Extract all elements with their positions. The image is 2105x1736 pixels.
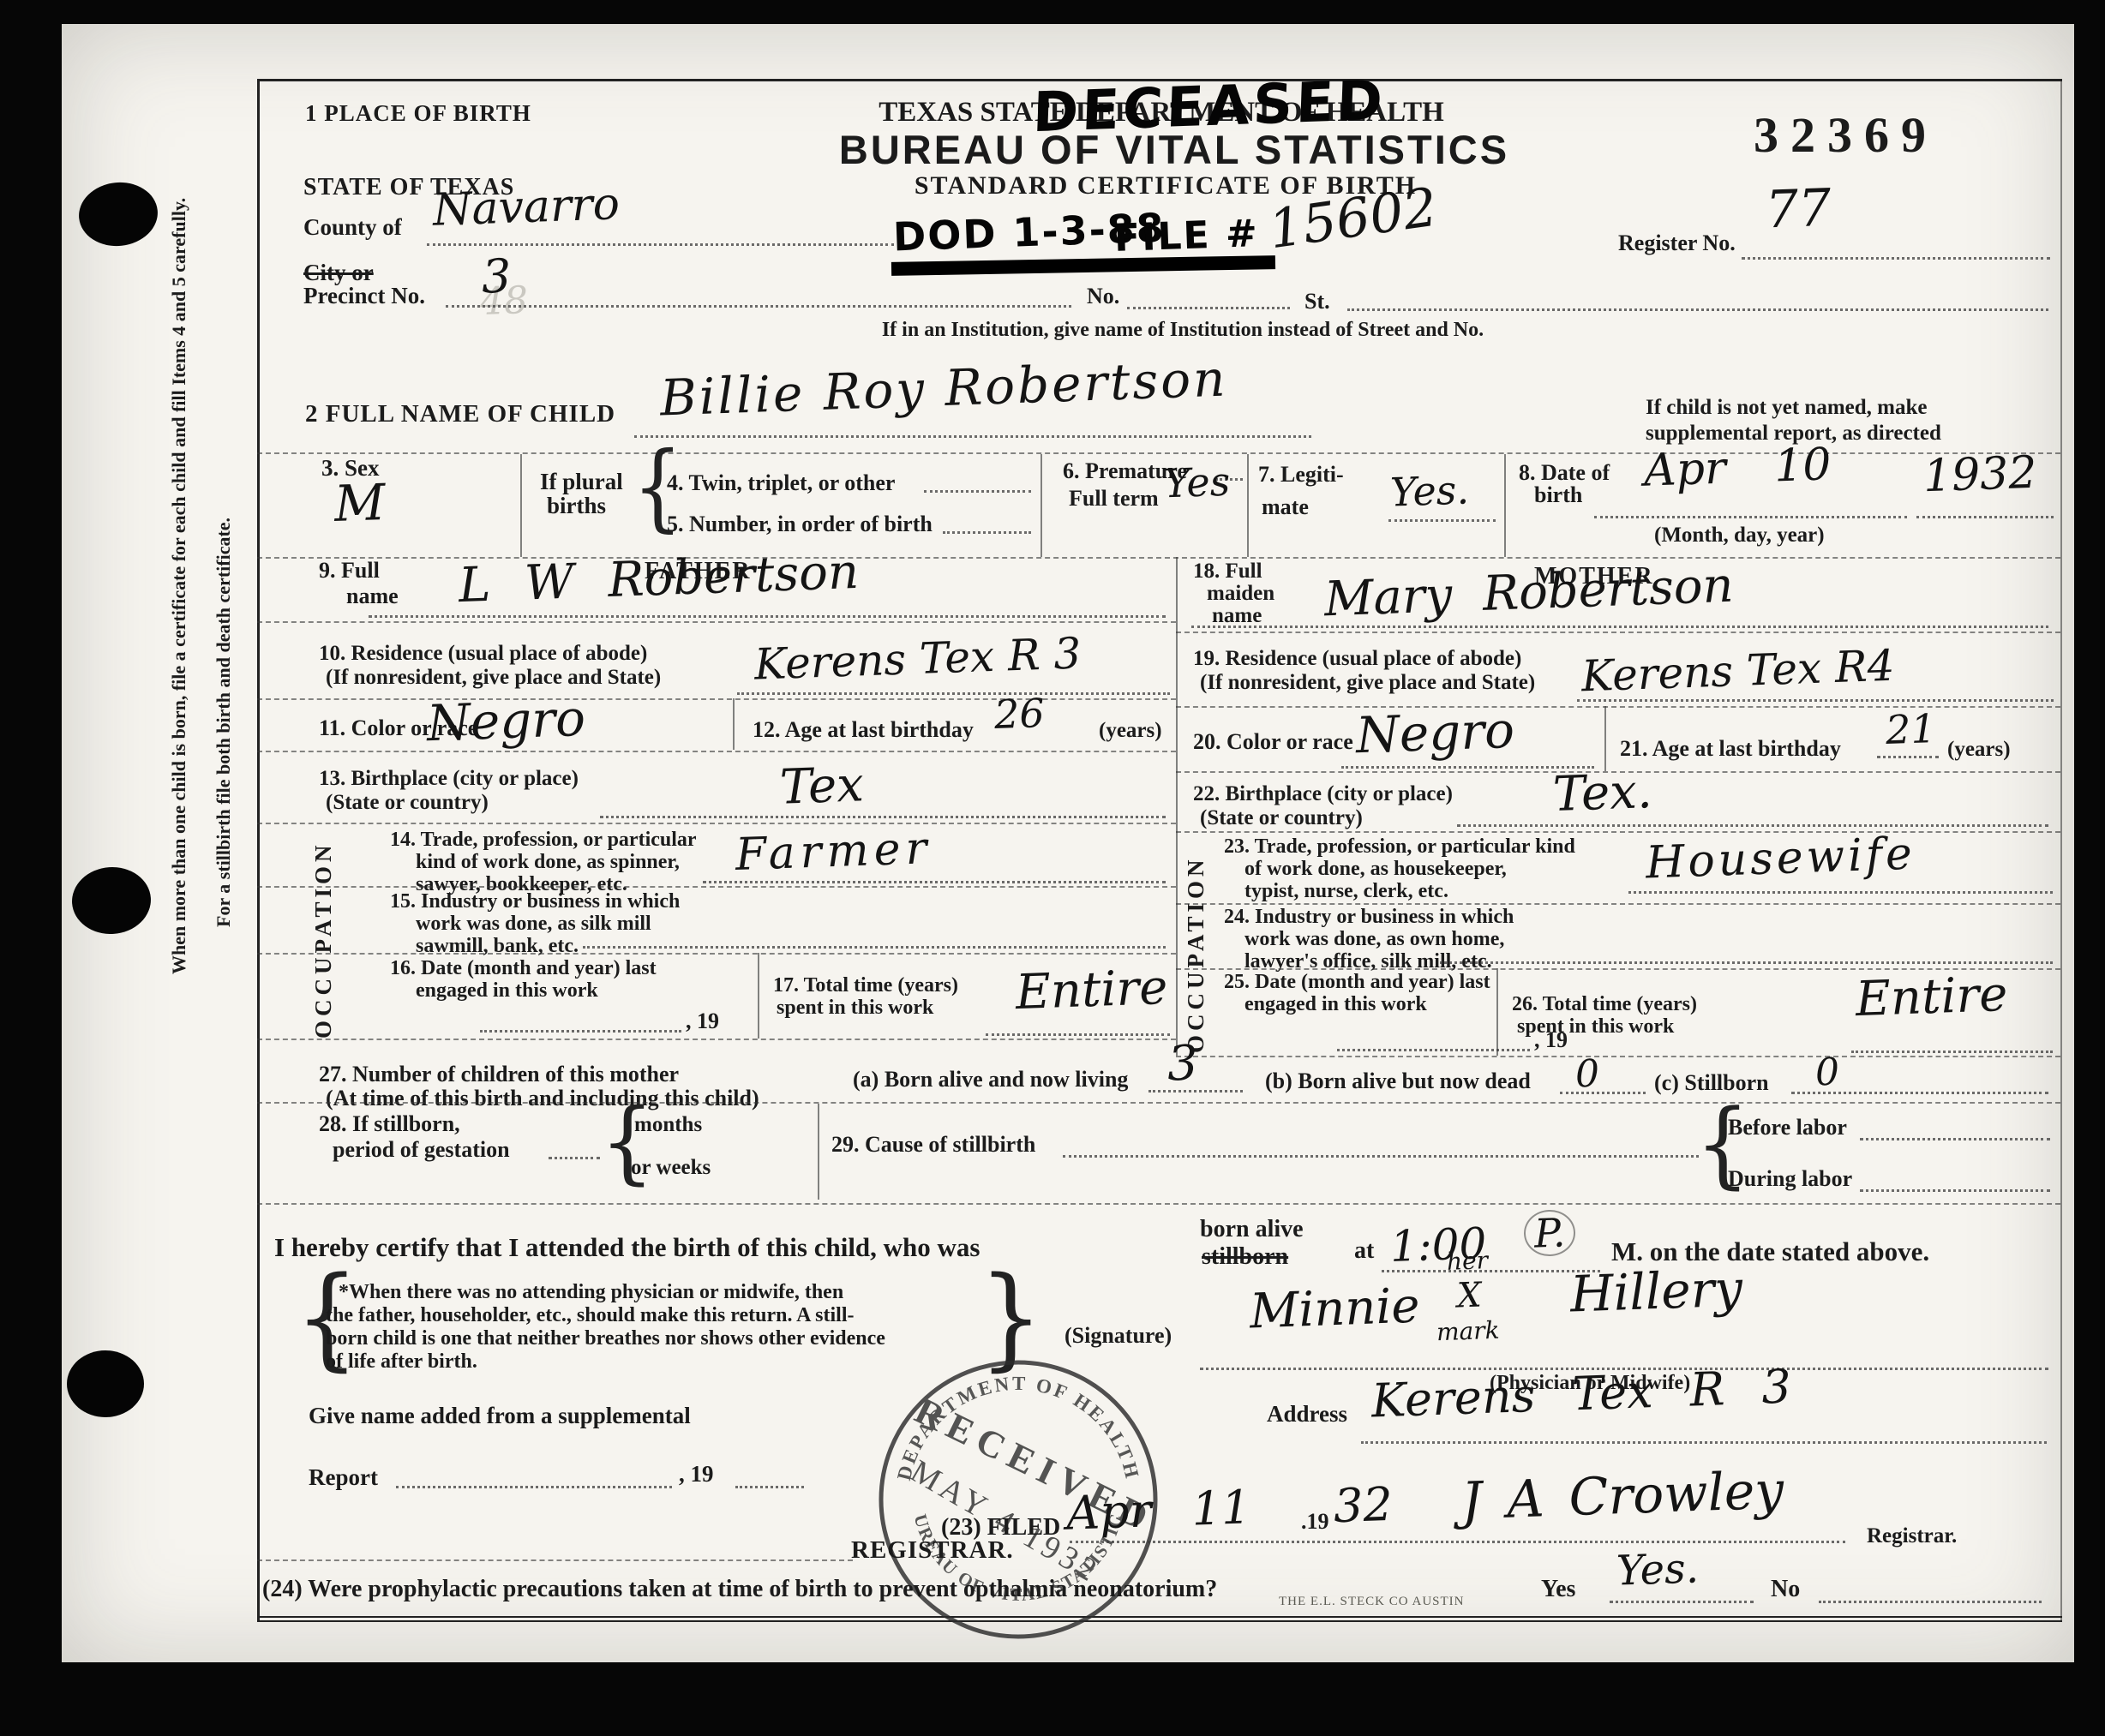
gestation-label-2: period of gestation	[333, 1138, 510, 1161]
mother-age-units: (years)	[1947, 739, 2011, 761]
mother-trade-label-1: 23. Trade, profession, or particular kin…	[1224, 836, 1575, 858]
dob-year-fill-line	[1916, 516, 2054, 518]
stillborn-option-label: stillborn	[1202, 1244, 1288, 1269]
mother-name-label-3: name	[1212, 605, 1262, 627]
precinct-label: Precinct No.	[303, 284, 425, 308]
rule-under-29	[257, 1203, 2060, 1205]
father-industry-fill	[583, 946, 1166, 949]
before-labor-fill	[1860, 1138, 2050, 1140]
signature-mark-top: her	[1447, 1248, 1489, 1274]
dob-month-day-value: Apr 10	[1643, 442, 1832, 494]
father-lastdate-year: , 19	[686, 1009, 719, 1033]
q24-no-label: No	[1771, 1577, 1800, 1601]
during-labor-fill	[1860, 1189, 2050, 1192]
father-birthplace-label-1: 13. Birthplace (city or place)	[319, 768, 579, 790]
children-dead-value: 0	[1574, 1056, 1600, 1094]
register-fill-line	[1742, 257, 2050, 260]
mother-age-value: 21	[1885, 709, 1936, 750]
scanned-birth-certificate: When more than one child is born, file a…	[0, 0, 2105, 1736]
father-birthplace-value: Tex	[779, 761, 865, 811]
no-label: No.	[1087, 284, 1119, 308]
margin-instruction-2: For a stillbirth file both birth and dea…	[213, 396, 235, 927]
sex-value: M	[333, 477, 386, 529]
q24-text: (24) Were prophylactic precautions taken…	[262, 1577, 1217, 1601]
mother-name-label-1: 18. Full	[1193, 560, 1262, 583]
county-value: Navarro	[432, 182, 621, 233]
q24-yes-value: Yes.	[1616, 1547, 1699, 1591]
father-lastdate-fill	[480, 1030, 681, 1033]
signature-first: Minnie	[1249, 1283, 1420, 1337]
mother-lastdate-label-1: 25. Date (month and year) last	[1224, 972, 1490, 993]
dob-year-value: 1932	[1922, 451, 2037, 500]
divider-legitimate-dob	[1504, 454, 1506, 557]
st-label: St.	[1304, 290, 1330, 313]
city-or-label: City or	[303, 260, 374, 284]
gestation-fill	[549, 1157, 600, 1159]
mother-occupation-label: OCCUPATION	[1183, 835, 1209, 1053]
mother-age-label: 21. Age at last birthday	[1620, 737, 1841, 760]
father-residence-label-2: (If nonresident, give place and State)	[326, 667, 661, 689]
q24-no-fill	[1819, 1601, 2042, 1603]
father-rule-6	[257, 953, 1176, 955]
certify-text: I hereby certify that I attended the bir…	[274, 1234, 981, 1262]
report-label: Report	[309, 1465, 378, 1489]
father-birthplace-fill	[600, 816, 1166, 818]
report-fill-1	[396, 1486, 672, 1488]
father-age-value: 26	[993, 693, 1045, 734]
twin-fill-line	[924, 490, 1031, 493]
filed-year-value: 32	[1333, 1482, 1394, 1529]
father-totaltime-value: Entire	[1015, 964, 1168, 1017]
mother-rule-7	[1176, 1056, 2060, 1057]
gestation-label-1: 28. If stillborn,	[319, 1112, 460, 1135]
father-industry-label-1: 15. Industry or business in which	[390, 891, 680, 913]
mother-birthplace-value: Tex.	[1552, 768, 1652, 819]
mother-industry-label-2: work was done, as own home,	[1244, 929, 1504, 950]
before-labor-label: Before labor	[1728, 1116, 1847, 1139]
institution-note: If in an Institution, give name of Insti…	[849, 320, 1517, 341]
mother-birthplace-label-2: (State or country)	[1200, 807, 1363, 829]
father-trade-label-1: 14. Trade, profession, or particular	[390, 829, 697, 851]
mother-trade-label-2: of work done, as housekeeper,	[1244, 859, 1507, 880]
registrar-small-label: Registrar.	[1867, 1525, 1957, 1547]
register-label: Register No.	[1618, 231, 1736, 254]
divider-28-29	[818, 1104, 819, 1200]
mother-lastdate-fill	[1337, 1049, 1530, 1051]
father-trade-label-2: kind of work done, as spinner,	[416, 852, 680, 873]
filed-fill	[1070, 1541, 1845, 1543]
mother-age-fill	[1877, 756, 1939, 758]
certify-note-1: *When there was no attending physician o…	[339, 1282, 843, 1303]
mother-rule-4	[1176, 831, 2060, 833]
children-stillborn-value: 0	[1814, 1054, 1840, 1092]
unnamed-note-line1: If child is not yet named, make	[1646, 397, 1927, 419]
father-age-label: 12. Age at last birthday	[753, 718, 974, 741]
margin-instruction-1: When more than one child is born, file a…	[168, 165, 190, 974]
legitimate-value: Yes.	[1389, 470, 1469, 512]
certify-note-3: born child is one that neither breathes …	[326, 1328, 885, 1350]
father-totaltime-fill	[986, 1033, 1170, 1036]
father-residence-label-1: 10. Residence (usual place of abode)	[319, 643, 647, 665]
registrar-caps-label: REGISTRAR.	[851, 1537, 1014, 1563]
mother-totaltime-value: Entire	[1855, 971, 2008, 1024]
father-name-fill	[369, 615, 1166, 618]
mother-lastdate-label-2: engaged in this work	[1244, 994, 1427, 1015]
mother-rule-1	[1176, 632, 2060, 633]
filed-month-day-value: Apr 11	[1065, 1484, 1251, 1536]
father-name-label-2: name	[346, 584, 399, 608]
certify-note-4: of life after birth.	[326, 1351, 477, 1373]
mother-residence-label-2: (If nonresident, give place and State)	[1200, 672, 1535, 694]
children-alive-value: 3	[1166, 1039, 1199, 1088]
father-lastdate-label-1: 16. Date (month and year) last	[390, 958, 657, 979]
signature-last: Hillery	[1569, 1264, 1743, 1320]
father-birthplace-label-2: (State or country)	[326, 792, 489, 814]
father-trade-fill	[703, 881, 1166, 883]
mother-trade-value: Housewife	[1645, 832, 1916, 886]
filed-year-prefix: .19	[1301, 1510, 1329, 1533]
address-value: Kerens Tex R 3	[1370, 1363, 1791, 1424]
children-stillborn-fill	[1791, 1092, 2048, 1094]
ink-blob	[67, 1350, 144, 1417]
file-stamp-label: FILE #	[1113, 212, 1259, 260]
time-fill	[1382, 1270, 1600, 1272]
divider-20-21	[1604, 706, 1606, 771]
rule-under-registrar	[257, 1559, 853, 1561]
mother-totaltime-fill	[1851, 1051, 2053, 1053]
during-labor-label: During labor	[1728, 1167, 1852, 1190]
report-fill-2	[735, 1486, 804, 1488]
father-name-label-1: 9. Full	[319, 559, 380, 582]
children-label-1: 27. Number of children of this mother	[319, 1063, 679, 1086]
divider-plural-premature	[1041, 454, 1042, 557]
mother-industry-label-1: 24. Industry or business in which	[1224, 907, 1514, 928]
plural-label-line1: If plural	[540, 470, 623, 494]
frame-left	[257, 79, 260, 1622]
dob-fill-line	[1594, 516, 1907, 518]
father-rule-1	[257, 621, 1176, 623]
deceased-stamp: DECEASED	[1032, 69, 1387, 146]
divider-sex-plural	[520, 454, 522, 557]
children-alive-fill	[1148, 1090, 1243, 1092]
no-fill-line	[1127, 307, 1290, 309]
plural-label-line2: births	[547, 494, 606, 518]
serial-number: 32369	[1754, 110, 1938, 162]
months-label: months	[634, 1114, 702, 1136]
dob-note: (Month, day, year)	[1654, 524, 1825, 547]
mother-name-value: Mary Robertson	[1323, 562, 1734, 625]
printer-credit: THE E.L. STECK CO AUSTIN	[1279, 1595, 1465, 1609]
father-age-units: (years)	[1099, 720, 1162, 742]
children-label-2: (At time of this birth and including thi…	[326, 1086, 759, 1110]
mother-residence-label-1: 19. Residence (usual place of abode)	[1193, 648, 1521, 670]
signature-mark-bottom: mark	[1436, 1319, 1501, 1345]
mother-race-value: Negro	[1355, 705, 1515, 760]
mother-trade-fill	[1628, 891, 2053, 894]
at-label: at	[1354, 1238, 1374, 1263]
supplemental-label: Give name added from a supplemental	[309, 1404, 691, 1428]
address-label: Address	[1267, 1402, 1347, 1426]
father-trade-value: Farmer	[735, 826, 933, 877]
mother-rule-5	[1176, 903, 2060, 905]
place-of-birth-label: 1 PLACE OF BIRTH	[305, 101, 531, 125]
father-totaltime-label-1: 17. Total time (years)	[773, 975, 958, 997]
father-rule-3	[257, 751, 1176, 752]
child-name-label: 2 FULL NAME OF CHILD	[305, 401, 615, 427]
certify-note-2: the father, householder, etc., should ma…	[326, 1305, 855, 1326]
father-occupation-label: OCCUPATION	[310, 826, 337, 1039]
divider-16-17	[758, 953, 759, 1039]
father-rule-5	[257, 886, 1176, 888]
register-value: 77	[1765, 183, 1832, 236]
legitimate-label-line1: 7. Legiti-	[1258, 463, 1344, 486]
address-fill	[1361, 1441, 2047, 1444]
mother-birthplace-fill	[1457, 824, 2048, 827]
st-fill-line	[1347, 308, 2048, 311]
signature-mark-x: X	[1456, 1278, 1482, 1314]
legitimate-fill-line	[1388, 519, 1496, 522]
dob-label-line1: 8. Date of	[1519, 461, 1610, 484]
children-dead-fill	[1560, 1092, 1646, 1094]
signature-label: (Signature)	[1064, 1324, 1172, 1347]
children-dead-label: (b) Born alive but now dead	[1265, 1069, 1531, 1092]
mother-name-fill	[1191, 626, 2048, 628]
legitimate-label-line2: mate	[1262, 495, 1309, 518]
precinct-fill-line	[446, 305, 1071, 308]
mother-name-label-2: maiden	[1207, 583, 1274, 605]
rule-under-27	[257, 1102, 2060, 1104]
father-rule-4	[257, 823, 1176, 824]
father-totaltime-label-2: spent in this work	[777, 997, 933, 1019]
birth-order-fill-line	[943, 531, 1031, 534]
mother-birthplace-label-1: 22. Birthplace (city or place)	[1193, 783, 1453, 805]
note-brace-close: }	[979, 1267, 1043, 1368]
q24-yes-fill	[1610, 1601, 1754, 1603]
report-year-prefix: , 19	[679, 1462, 714, 1486]
mother-industry-fill	[1440, 961, 2053, 964]
father-rule-7	[257, 1039, 1176, 1040]
full-term-label: Full term	[1069, 487, 1159, 510]
divider-premature-legitimate	[1247, 454, 1249, 557]
divider-11-12	[733, 698, 735, 750]
county-label: County of	[303, 215, 402, 239]
children-alive-label: (a) Born alive and now living	[853, 1068, 1128, 1091]
mother-totaltime-label-2: spent in this work	[1517, 1016, 1674, 1038]
mother-race-label: 20. Color or race	[1193, 730, 1353, 753]
mother-totaltime-label-1: 26. Total time (years)	[1512, 994, 1697, 1015]
father-industry-label-2: work was done, as silk mill	[416, 913, 651, 935]
father-race-value: Negro	[426, 693, 586, 748]
father-residence-fill	[737, 692, 1170, 695]
precinct-value: 3	[481, 253, 512, 300]
frame-right	[2060, 79, 2062, 1622]
birth-order-label: 5. Number, in order of birth	[667, 512, 933, 536]
born-alive-label: born alive	[1200, 1217, 1304, 1242]
father-residence-value: Kerens Tex R 3	[753, 632, 1082, 685]
divider-25-26	[1496, 968, 1498, 1056]
full-term-value: Yes	[1163, 462, 1231, 504]
cause-label: 29. Cause of stillbirth	[831, 1133, 1035, 1156]
dob-label-line2: birth	[1534, 483, 1582, 506]
q24-yes-label: Yes	[1541, 1577, 1575, 1601]
cause-fill	[1063, 1155, 1699, 1158]
father-name-value: L W Robertson	[458, 548, 860, 610]
county-fill-line	[427, 243, 894, 246]
twin-label: 4. Twin, triplet, or other	[667, 471, 895, 494]
mother-residence-value: Kerens Tex R4	[1580, 644, 1895, 698]
registrar-signature: J A Crowley	[1460, 1464, 1784, 1527]
child-name-fill-line	[634, 435, 1311, 438]
mother-residence-fill	[1577, 699, 2054, 702]
father-lastdate-label-2: engaged in this work	[416, 980, 598, 1002]
mother-trade-label-3: typist, nurse, clerk, etc.	[1244, 881, 1448, 902]
weeks-label: or weeks	[631, 1157, 711, 1179]
